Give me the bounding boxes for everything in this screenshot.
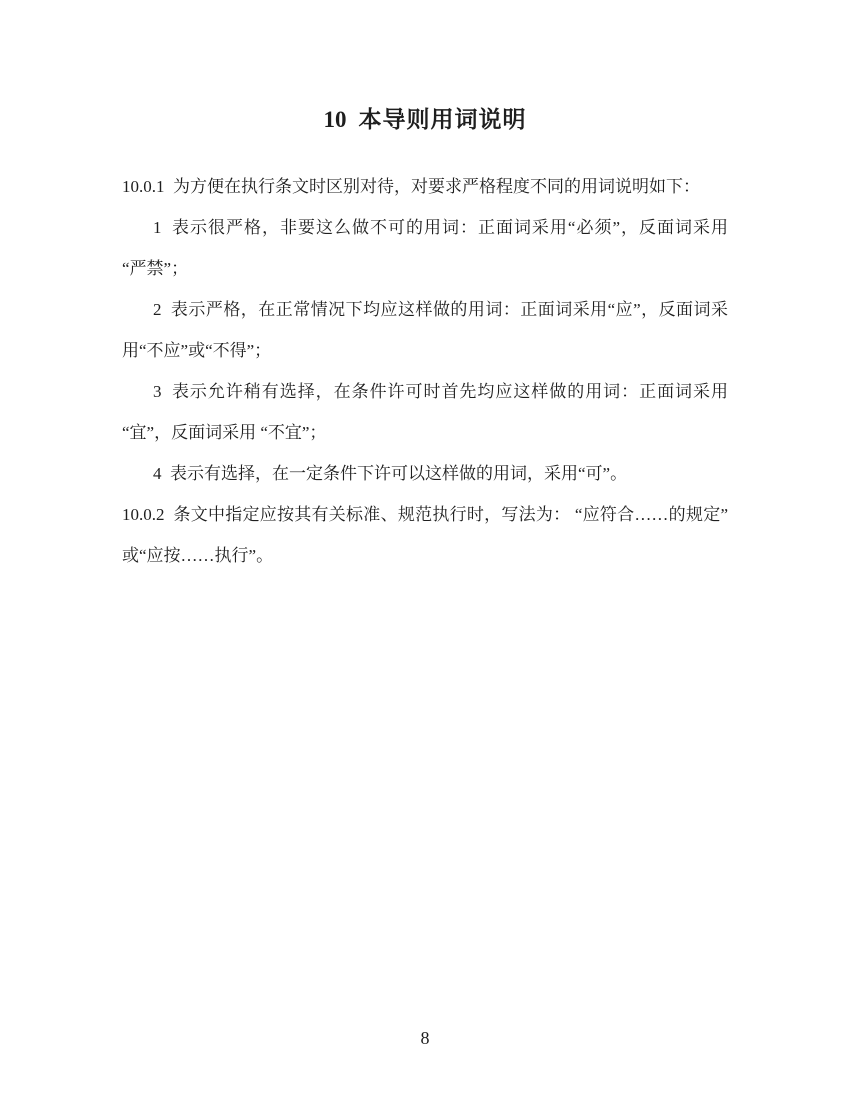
section-title: 10本导则用词说明: [0, 103, 850, 136]
clause-item-3: 3 表示允许稍有选择，在条件许可时首先均应这样做的用词：正面词采用 “宜”，反面…: [122, 371, 728, 453]
clause-line: 1 表示很严格，非要这么做不可的用词：正面词采用“必须”，反面词采用: [122, 207, 728, 248]
clause-line: 4 表示有选择，在一定条件下许可以这样做的用词，采用“可”。: [122, 453, 728, 494]
clause-line: 10.0.2 条文中指定应按其有关标准、规范执行时，写法为： “应符合……的规定…: [122, 494, 728, 535]
clause-10-0-1: 10.0.1 为方便在执行条文时区别对待，对要求严格程度不同的用词说明如下：: [122, 166, 728, 207]
clause-line: “宜”，反面词采用 “不宜”；: [122, 412, 728, 453]
clause-line: 用“不应”或“不得”；: [122, 330, 728, 371]
section-title-text: 本导则用词说明: [359, 106, 527, 132]
clause-line: “严禁”；: [122, 248, 728, 289]
clause-item-4: 4 表示有选择，在一定条件下许可以这样做的用词，采用“可”。: [122, 453, 728, 494]
section-number: 10: [324, 107, 347, 132]
page-number: 8: [0, 1027, 850, 1049]
clause-line: 或“应按……执行”。: [122, 535, 728, 576]
document-body: 10.0.1 为方便在执行条文时区别对待，对要求严格程度不同的用词说明如下： 1…: [122, 166, 728, 576]
clause-10-0-2: 10.0.2 条文中指定应按其有关标准、规范执行时，写法为： “应符合……的规定…: [122, 494, 728, 576]
clause-line: 3 表示允许稍有选择，在条件许可时首先均应这样做的用词：正面词采用: [122, 371, 728, 412]
clause-item-2: 2 表示严格，在正常情况下均应这样做的用词：正面词采用“应”，反面词采 用“不应…: [122, 289, 728, 371]
clause-line: 2 表示严格，在正常情况下均应这样做的用词：正面词采用“应”，反面词采: [122, 289, 728, 330]
clause-line: 10.0.1 为方便在执行条文时区别对待，对要求严格程度不同的用词说明如下：: [122, 166, 728, 207]
document-page: 10本导则用词说明 10.0.1 为方便在执行条文时区别对待，对要求严格程度不同…: [0, 0, 850, 1100]
clause-item-1: 1 表示很严格，非要这么做不可的用词：正面词采用“必须”，反面词采用 “严禁”；: [122, 207, 728, 289]
